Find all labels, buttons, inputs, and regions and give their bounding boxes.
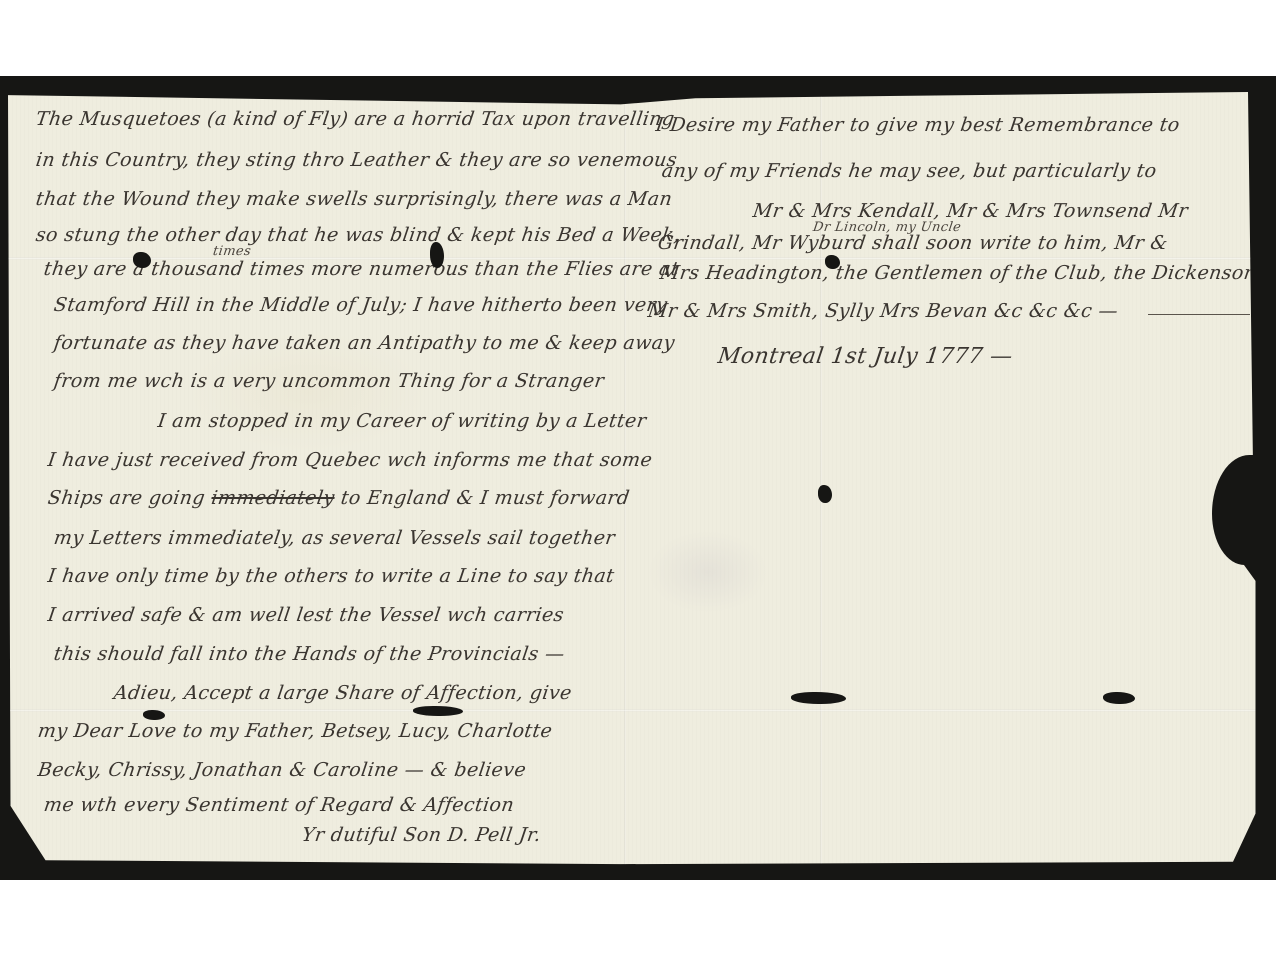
paper-hole xyxy=(143,710,165,720)
letter-line: so stung the other day that he was blind… xyxy=(34,224,682,246)
letter-line: me wth every Sentiment of Regard & Affec… xyxy=(42,794,515,816)
letter-line: my Letters immediately, as several Vesse… xyxy=(52,527,616,549)
place-date: Montreal 1st July 1777 — xyxy=(716,344,1014,369)
letter-line: fortunate as they have taken an Antipath… xyxy=(52,332,676,354)
letter-line: any of my Friends he may see, but partic… xyxy=(660,160,1158,182)
signature: Yr dutiful Son D. Pell Jr. xyxy=(300,824,542,846)
letter-line: in this Country, they sting thro Leather… xyxy=(34,149,678,171)
letter-line: The Musquetoes (a kind of Fly) are a hor… xyxy=(34,108,676,130)
letter-line: I Desire my Father to give my best Remem… xyxy=(654,114,1181,136)
letter-line: Grindall, Mr Wyburd shall soon write to … xyxy=(656,232,1169,254)
paper-hole xyxy=(818,485,832,503)
paper-hole xyxy=(825,255,840,269)
letter-line: Mrs Headington, the Gentlemen of the Clu… xyxy=(658,262,1274,284)
text-fragment: to England & I must forward xyxy=(339,487,631,509)
letter-line: Adieu, Accept a large Share of Affection… xyxy=(112,682,573,704)
letter-line: I have only time by the others to write … xyxy=(46,565,615,587)
interlinear-note: times xyxy=(212,244,252,259)
letter-line: I have just received from Quebec wch inf… xyxy=(46,449,653,471)
paper-hole xyxy=(413,706,463,716)
letter-line: Ships are going immediately to England &… xyxy=(46,487,631,509)
letter-line: Stamford Hill in the Middle of July; I h… xyxy=(52,294,668,316)
letter-line: Mr & Mrs Kendall, Mr & Mrs Townsend Mr xyxy=(751,200,1189,222)
letter-line: I arrived safe & am well lest the Vessel… xyxy=(46,604,565,626)
paper-hole xyxy=(791,692,846,704)
text-fragment: Ships are going xyxy=(46,487,206,509)
letter-line: from me wch is a very uncommon Thing for… xyxy=(52,370,605,392)
paper-hole xyxy=(1103,692,1135,704)
letter-line: Mr & Mrs Smith, Sylly Mrs Bevan &c &c &c… xyxy=(646,300,1119,322)
letter-line: I am stopped in my Career of writing by … xyxy=(156,410,647,432)
letter-line: that the Wound they make swells surprisi… xyxy=(34,188,673,210)
letter-line: my Dear Love to my Father, Betsey, Lucy,… xyxy=(36,720,553,742)
closing-rule xyxy=(1148,314,1250,315)
letter-paper: The Musquetoes (a kind of Fly) are a hor… xyxy=(8,92,1258,868)
letter-line: this should fall into the Hands of the P… xyxy=(52,643,566,665)
letter-line: Becky, Chrissy, Jonathan & Caroline — & … xyxy=(36,759,527,781)
paper-hole xyxy=(430,242,444,268)
lower-fold xyxy=(8,709,1258,712)
paper-hole xyxy=(133,252,151,268)
struck-word: immediately xyxy=(210,487,336,509)
